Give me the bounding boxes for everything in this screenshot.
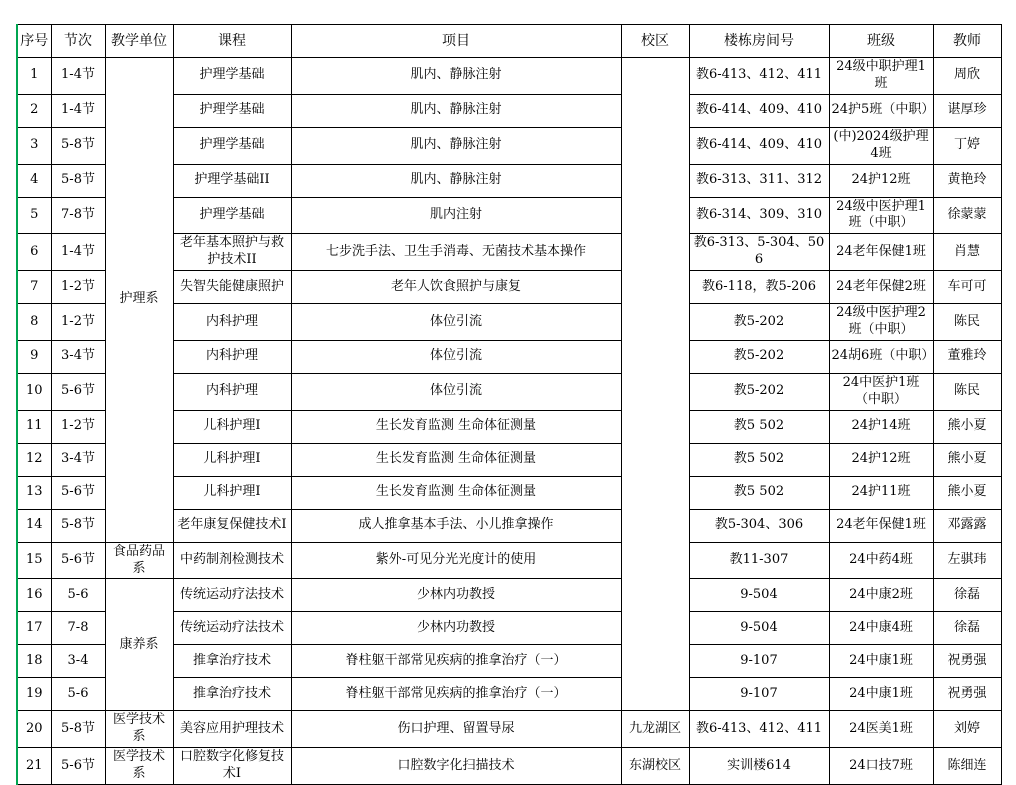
cell-unit: 护理系 (105, 58, 173, 543)
col-header-teacher: 教师 (933, 25, 1001, 58)
cell-seq: 16 (17, 579, 51, 612)
cell-room: 教6-414、409、410 (689, 94, 829, 127)
cell-project: 成人推拿基本手法、小儿推拿操作 (291, 509, 621, 542)
cell-period: 1-2节 (51, 271, 105, 304)
cell-course: 内科护理 (173, 340, 291, 373)
cell-project: 体位引流 (291, 373, 621, 410)
schedule-table-body: 11-4节护理系护理学基础肌内、静脉注射教6-413、412、41124级中职护… (17, 58, 1001, 785)
cell-period: 5-6节 (51, 373, 105, 410)
cell-project: 脊柱躯干部常见疾病的推拿治疗（一） (291, 645, 621, 678)
cell-teacher: 徐蒙蒙 (933, 197, 1001, 234)
cell-course: 护理学基础II (173, 164, 291, 197)
table-row: 155-6节食品药品系中药制剂检测技术紫外-可见分光光度计的使用教11-3072… (17, 542, 1001, 579)
cell-period: 3-4节 (51, 340, 105, 373)
cell-period: 1-2节 (51, 410, 105, 443)
cell-unit: 医学技术系 (105, 748, 173, 785)
cell-teacher: 董雅玲 (933, 340, 1001, 373)
cell-class: 24中药4班 (829, 542, 933, 579)
table-row: 215-6节医学技术系口腔数字化修复技术I口腔数字化扫描技术东湖校区实训楼614… (17, 748, 1001, 785)
cell-class: 24护12班 (829, 164, 933, 197)
cell-seq: 8 (17, 304, 51, 341)
col-header-unit: 教学单位 (105, 25, 173, 58)
cell-project: 肌内、静脉注射 (291, 94, 621, 127)
schedule-table: 序号 节次 教学单位 课程 项目 校区 楼栋房间号 班级 教师 11-4节护理系… (16, 24, 1002, 785)
cell-teacher: 黄艳玲 (933, 164, 1001, 197)
cell-class: 24中康2班 (829, 579, 933, 612)
cell-room: 教6-313、5-304、506 (689, 234, 829, 271)
cell-class: 24护12班 (829, 443, 933, 476)
cell-teacher: 左骐玮 (933, 542, 1001, 579)
cell-course: 推拿治疗技术 (173, 645, 291, 678)
cell-project: 生长发育监测 生命体征测量 (291, 476, 621, 509)
cell-class: 24老年保健1班 (829, 509, 933, 542)
cell-course: 失智失能健康照护 (173, 271, 291, 304)
cell-course: 护理学基础 (173, 94, 291, 127)
col-header-project: 项目 (291, 25, 621, 58)
cell-period: 3-4节 (51, 443, 105, 476)
cell-teacher: 陈民 (933, 373, 1001, 410)
cell-seq: 21 (17, 748, 51, 785)
cell-teacher: 谌厚珍 (933, 94, 1001, 127)
cell-seq: 11 (17, 410, 51, 443)
cell-period: 5-8节 (51, 509, 105, 542)
cell-period: 5-6 (51, 678, 105, 711)
table-header-row: 序号 节次 教学单位 课程 项目 校区 楼栋房间号 班级 教师 (17, 25, 1001, 58)
cell-class: 24医美1班 (829, 711, 933, 748)
cell-teacher: 刘婷 (933, 711, 1001, 748)
cell-teacher: 熊小夏 (933, 476, 1001, 509)
cell-class: 24中医护1班（中职） (829, 373, 933, 410)
cell-teacher: 车可可 (933, 271, 1001, 304)
schedule-sheet: 序号 节次 教学单位 课程 项目 校区 楼栋房间号 班级 教师 11-4节护理系… (16, 24, 1002, 785)
cell-room: 教6-118，教5-206 (689, 271, 829, 304)
cell-campus: 九龙湖区 (621, 711, 689, 748)
cell-project: 紫外-可见分光光度计的使用 (291, 542, 621, 579)
cell-teacher: 祝勇强 (933, 645, 1001, 678)
table-row: 11-4节护理系护理学基础肌内、静脉注射教6-413、412、41124级中职护… (17, 58, 1001, 95)
cell-period: 7-8节 (51, 197, 105, 234)
cell-project: 体位引流 (291, 340, 621, 373)
cell-seq: 6 (17, 234, 51, 271)
cell-period: 5-8节 (51, 164, 105, 197)
cell-period: 7-8 (51, 612, 105, 645)
table-row: 165-6康养系传统运动疗法技术少林内功教授9-50424中康2班徐磊 (17, 579, 1001, 612)
cell-unit: 医学技术系 (105, 711, 173, 748)
col-header-class: 班级 (829, 25, 933, 58)
cell-campus (621, 58, 689, 711)
cell-period: 5-8节 (51, 127, 105, 164)
cell-class: (中)2024级护理4班 (829, 127, 933, 164)
cell-teacher: 熊小夏 (933, 443, 1001, 476)
cell-class: 24老年保健1班 (829, 234, 933, 271)
cell-course: 护理学基础 (173, 197, 291, 234)
cell-teacher: 徐磊 (933, 579, 1001, 612)
cell-period: 5-6节 (51, 476, 105, 509)
cell-period: 5-6节 (51, 748, 105, 785)
cell-room: 教5-202 (689, 304, 829, 341)
col-header-course: 课程 (173, 25, 291, 58)
table-row: 205-8节医学技术系美容应用护理技术伤口护理、留置导尿九龙湖区教6-413、4… (17, 711, 1001, 748)
cell-class: 24级中医护理1班（中职） (829, 197, 933, 234)
cell-room: 教6-414、409、410 (689, 127, 829, 164)
cell-unit: 食品药品系 (105, 542, 173, 579)
cell-seq: 10 (17, 373, 51, 410)
cell-room: 教5-202 (689, 340, 829, 373)
cell-teacher: 祝勇强 (933, 678, 1001, 711)
cell-room: 9-107 (689, 645, 829, 678)
cell-seq: 9 (17, 340, 51, 373)
cell-seq: 1 (17, 58, 51, 95)
cell-seq: 7 (17, 271, 51, 304)
cell-project: 伤口护理、留置导尿 (291, 711, 621, 748)
cell-course: 儿科护理I (173, 443, 291, 476)
cell-room: 9-504 (689, 612, 829, 645)
cell-course: 护理学基础 (173, 127, 291, 164)
cell-class: 24中康1班 (829, 678, 933, 711)
cell-course: 美容应用护理技术 (173, 711, 291, 748)
cell-teacher: 邓露露 (933, 509, 1001, 542)
cell-project: 老年人饮食照护与康复 (291, 271, 621, 304)
cell-project: 肌内、静脉注射 (291, 58, 621, 95)
cell-room: 教5-304、306 (689, 509, 829, 542)
cell-project: 脊柱躯干部常见疾病的推拿治疗（一） (291, 678, 621, 711)
cell-course: 儿科护理I (173, 476, 291, 509)
cell-room: 教11-307 (689, 542, 829, 579)
cell-room: 9-107 (689, 678, 829, 711)
cell-project: 肌内、静脉注射 (291, 164, 621, 197)
cell-period: 5-6节 (51, 542, 105, 579)
cell-seq: 2 (17, 94, 51, 127)
cell-project: 体位引流 (291, 304, 621, 341)
cell-period: 1-2节 (51, 304, 105, 341)
cell-period: 5-6 (51, 579, 105, 612)
cell-period: 3-4 (51, 645, 105, 678)
cell-seq: 14 (17, 509, 51, 542)
cell-class: 24口技7班 (829, 748, 933, 785)
col-header-period: 节次 (51, 25, 105, 58)
cell-room: 教5 502 (689, 443, 829, 476)
cell-course: 传统运动疗法技术 (173, 612, 291, 645)
cell-room: 教5 502 (689, 410, 829, 443)
cell-seq: 17 (17, 612, 51, 645)
cell-seq: 18 (17, 645, 51, 678)
cell-seq: 19 (17, 678, 51, 711)
cell-project: 少林内功教授 (291, 579, 621, 612)
cell-unit: 康养系 (105, 579, 173, 711)
cell-class: 24中康4班 (829, 612, 933, 645)
cell-course: 儿科护理I (173, 410, 291, 443)
cell-project: 生长发育监测 生命体征测量 (291, 410, 621, 443)
cell-room: 教6-413、412、411 (689, 58, 829, 95)
cell-room: 教6-313、311、312 (689, 164, 829, 197)
cell-course: 护理学基础 (173, 58, 291, 95)
cell-course: 传统运动疗法技术 (173, 579, 291, 612)
cell-room: 教6-314、309、310 (689, 197, 829, 234)
cell-seq: 3 (17, 127, 51, 164)
col-header-campus: 校区 (621, 25, 689, 58)
cell-project: 生长发育监测 生命体征测量 (291, 443, 621, 476)
cell-project: 肌内、静脉注射 (291, 127, 621, 164)
cell-teacher: 周欣 (933, 58, 1001, 95)
cell-period: 5-8节 (51, 711, 105, 748)
cell-class: 24护5班（中职） (829, 94, 933, 127)
cell-room: 教5 502 (689, 476, 829, 509)
cell-seq: 20 (17, 711, 51, 748)
cell-class: 24老年保健2班 (829, 271, 933, 304)
cell-class: 24级中医护理2班（中职） (829, 304, 933, 341)
cell-teacher: 丁婷 (933, 127, 1001, 164)
cell-class: 24级中职护理1班 (829, 58, 933, 95)
cell-class: 24胡6班（中职） (829, 340, 933, 373)
cell-project: 口腔数字化扫描技术 (291, 748, 621, 785)
cell-room: 9-504 (689, 579, 829, 612)
cell-room: 实训楼614 (689, 748, 829, 785)
cell-teacher: 熊小夏 (933, 410, 1001, 443)
cell-course: 推拿治疗技术 (173, 678, 291, 711)
cell-seq: 12 (17, 443, 51, 476)
cell-seq: 15 (17, 542, 51, 579)
cell-period: 1-4节 (51, 234, 105, 271)
cell-course: 口腔数字化修复技术I (173, 748, 291, 785)
cell-seq: 4 (17, 164, 51, 197)
cell-teacher: 肖慧 (933, 234, 1001, 271)
cell-class: 24护11班 (829, 476, 933, 509)
cell-period: 1-4节 (51, 58, 105, 95)
cell-course: 内科护理 (173, 304, 291, 341)
cell-room: 教5-202 (689, 373, 829, 410)
cell-course: 内科护理 (173, 373, 291, 410)
cell-project: 七步洗手法、卫生手消毒、无菌技术基本操作 (291, 234, 621, 271)
cell-period: 1-4节 (51, 94, 105, 127)
cell-project: 少林内功教授 (291, 612, 621, 645)
cell-room: 教6-413、412、411 (689, 711, 829, 748)
cell-course: 老年康复保健技术I (173, 509, 291, 542)
cell-teacher: 陈民 (933, 304, 1001, 341)
col-header-room: 楼栋房间号 (689, 25, 829, 58)
cell-class: 24护14班 (829, 410, 933, 443)
cell-teacher: 徐磊 (933, 612, 1001, 645)
cell-seq: 5 (17, 197, 51, 234)
cell-course: 老年基本照护与救护技术II (173, 234, 291, 271)
col-header-seq: 序号 (17, 25, 51, 58)
cell-seq: 13 (17, 476, 51, 509)
cell-course: 中药制剂检测技术 (173, 542, 291, 579)
cell-teacher: 陈细连 (933, 748, 1001, 785)
cell-class: 24中康1班 (829, 645, 933, 678)
cell-project: 肌内注射 (291, 197, 621, 234)
cell-campus: 东湖校区 (621, 748, 689, 785)
